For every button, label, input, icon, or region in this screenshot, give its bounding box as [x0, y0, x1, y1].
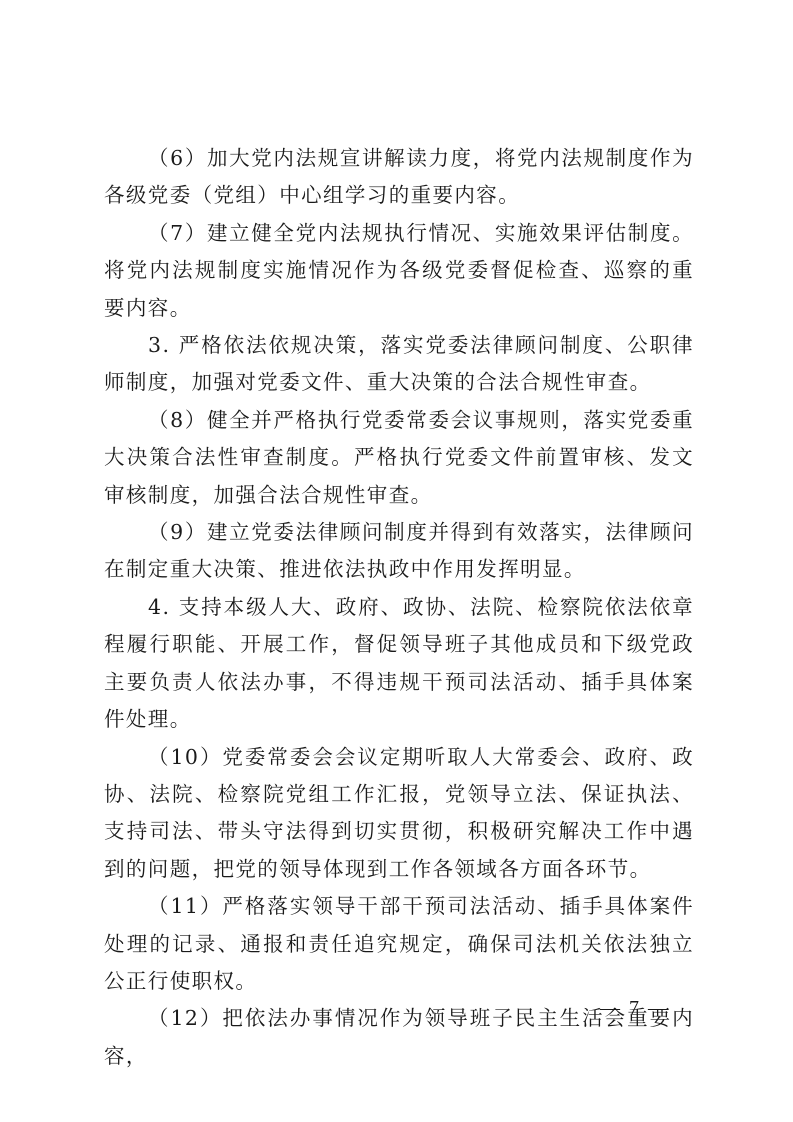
paragraph-item-11: （11）严格落实领导干部干预司法活动、插手具体案件处理的记录、通报和责任追究规定…	[104, 888, 694, 1000]
paragraph-item-6: （6）加大党内法规宣讲解读力度，将党内法规制度作为各级党委（党组）中心组学习的重…	[104, 140, 694, 215]
page-number: — 7 —	[600, 997, 670, 1020]
paragraph-section-4: 4. 支持本级人大、政府、政协、法院、检察院依法依章程履行职能、开展工作，督促领…	[104, 589, 694, 739]
paragraph-item-8: （8）健全并严格执行党委常委会议事规则，落实党委重大决策合法性审查制度。严格执行…	[104, 402, 694, 514]
paragraph-section-3: 3. 严格依法依规决策，落实党委法律顾问制度、公职律师制度，加强对党委文件、重大…	[104, 327, 694, 402]
paragraph-item-7: （7）建立健全党内法规执行情况、实施效果评估制度。将党内法规制度实施情况作为各级…	[104, 215, 694, 327]
paragraph-item-9: （9）建立党委法律顾问制度并得到有效落实，法律顾问在制定重大决策、推进依法执政中…	[104, 514, 694, 589]
paragraph-item-10: （10）党委常委会会议定期听取人大常委会、政府、政协、法院、检察院党组工作汇报，…	[104, 739, 694, 889]
document-body: （6）加大党内法规宣讲解读力度，将党内法规制度作为各级党委（党组）中心组学习的重…	[104, 140, 694, 1075]
